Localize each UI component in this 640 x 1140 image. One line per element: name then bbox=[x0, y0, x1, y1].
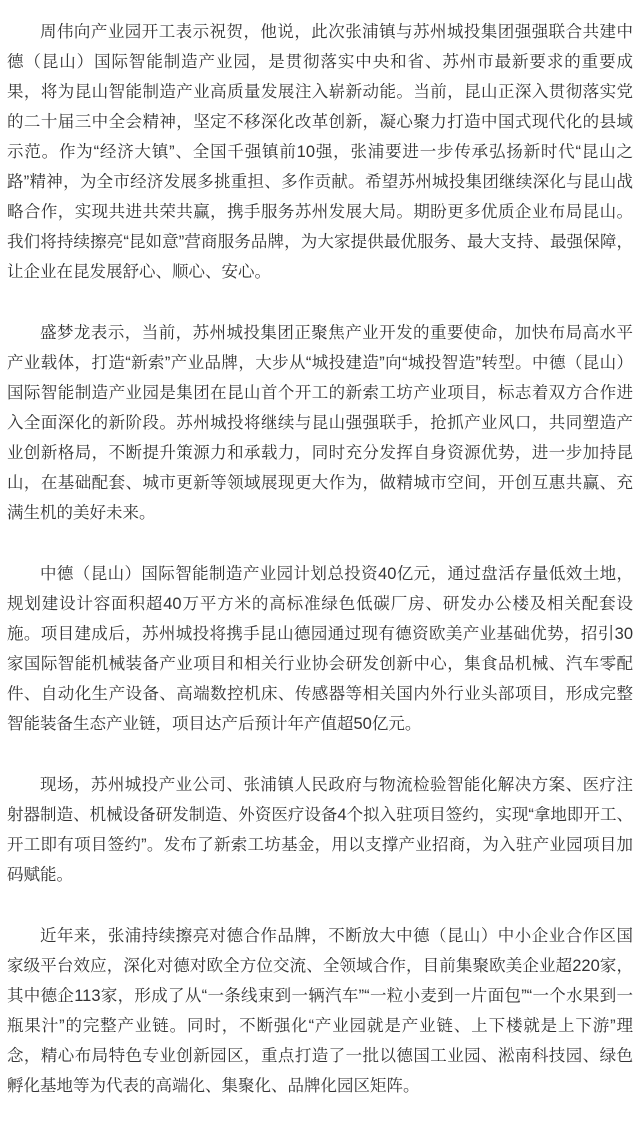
article-paragraph-3: 中德（昆山）国际智能制造产业园计划总投资40亿元，通过盘活存量低效土地，规划建设… bbox=[7, 559, 633, 739]
article-paragraph-1: 周伟向产业园开工表示祝贺，他说，此次张浦镇与苏州城投集团强强联合共建中德（昆山）… bbox=[7, 17, 633, 287]
article-paragraph-4: 现场，苏州城投产业公司、张浦镇人民政府与物流检验智能化解决方案、医疗注射器制造、… bbox=[7, 770, 633, 890]
article-paragraph-5: 近年来，张浦持续擦亮对德合作品牌，不断放大中德（昆山）中小企业合作区国家级平台效… bbox=[7, 921, 633, 1101]
article-paragraph-2: 盛梦龙表示，当前，苏州城投集团正聚焦产业开发的重要使命，加快布局高水平产业载体，… bbox=[7, 318, 633, 528]
article-body: 周伟向产业园开工表示祝贺，他说，此次张浦镇与苏州城投集团强强联合共建中德（昆山）… bbox=[0, 0, 640, 1131]
